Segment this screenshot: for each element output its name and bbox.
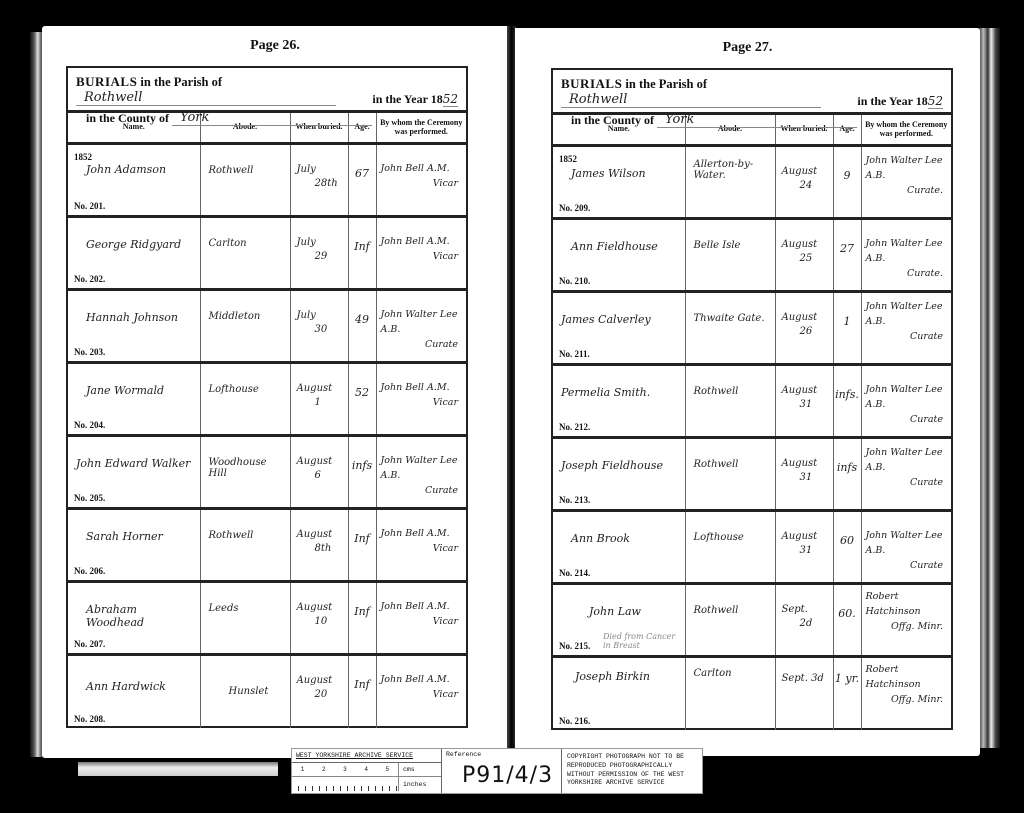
archive-reference-label: WEST YORKSHIRE ARCHIVE SERVICE 1 2 3 4 5…	[291, 748, 703, 794]
burial-entries-table: Name. Abode. When buried. Age. By whom t…	[68, 110, 466, 728]
age: Inf	[349, 583, 376, 618]
parish-value: Rothwell	[84, 90, 142, 105]
year-note: 1852	[559, 154, 577, 164]
entry-number: No. 212.	[559, 422, 590, 432]
burial-date: August8th	[291, 510, 348, 556]
abode: Thwaite Gate.	[686, 293, 775, 324]
entry-number: No. 201.	[74, 201, 105, 211]
parish-label: in the Parish of	[140, 75, 222, 89]
reference-value: P91/4/3	[462, 763, 553, 788]
abode: Rothwell	[686, 439, 775, 470]
abode: Middleton	[201, 291, 290, 322]
abode: Hunslet	[201, 656, 290, 697]
parish-value: Rothwell	[569, 92, 627, 107]
cm-tick: 5	[386, 766, 390, 773]
entry-number: No. 204.	[74, 420, 105, 430]
book-binding-right	[978, 28, 1000, 748]
table-row: Ann BrookNo. 214. Lofthouse August31 60 …	[553, 511, 951, 584]
abode: Rothwell	[201, 145, 290, 176]
abode: Lofthouse	[686, 512, 775, 543]
burial-date: August24	[776, 147, 833, 193]
margin-annotation: Died from Cancer in Breast	[603, 632, 685, 650]
deceased-name: Joseph Fieldhouse	[559, 459, 679, 472]
burial-date: Sept.2d	[776, 585, 833, 631]
table-row: Hannah JohnsonNo. 203. Middleton July30 …	[68, 290, 466, 363]
abode: Rothwell	[201, 510, 290, 541]
burial-register: BURIALS in the Parish of Rothwell in the…	[551, 68, 953, 730]
burial-date: July28th	[291, 145, 348, 191]
register-header: BURIALS in the Parish of Rothwell in the…	[553, 70, 951, 112]
age: infs	[834, 439, 861, 474]
deceased-name: Permelia Smith.	[559, 386, 679, 399]
age: 52	[349, 364, 376, 399]
deceased-name: John Adamson	[74, 163, 194, 176]
table-row: Sarah HornerNo. 206. Rothwell August8th …	[68, 509, 466, 582]
age: 1	[834, 293, 861, 328]
age: infs.	[834, 366, 861, 401]
age: Inf	[349, 510, 376, 545]
cm-tick: 1	[301, 766, 305, 773]
entry-number: No. 216.	[559, 716, 590, 726]
entry-number: No. 214.	[559, 568, 590, 578]
officiant: John Walter Lee A.B.Curate	[862, 293, 952, 345]
age: 27	[834, 220, 861, 255]
deceased-name: Sarah Horner	[74, 530, 194, 543]
entry-number: No. 206.	[74, 566, 105, 576]
county-value: York	[665, 112, 694, 127]
reference-box: Reference P91/4/3	[442, 749, 562, 793]
burial-date: August26	[776, 293, 833, 339]
entry-number: No. 215.	[559, 641, 590, 651]
deceased-name: Hannah Johnson	[74, 311, 194, 324]
officiant: John Bell A.M.Vicar	[377, 145, 467, 191]
burial-date: August6	[291, 437, 348, 483]
abode: Lofthouse	[201, 364, 290, 395]
page-number: Page 27.	[515, 40, 980, 56]
county-value: York	[180, 110, 209, 125]
table-row: John LawNo. 215.Died from Cancer in Brea…	[553, 584, 951, 657]
abode: Rothwell	[686, 585, 775, 616]
year-value: 52	[443, 92, 458, 107]
entry-number: No. 205.	[74, 493, 105, 503]
page-27: Page 27. BURIALS in the Parish of Rothwe…	[515, 28, 980, 756]
deceased-name: Ann Brook	[559, 532, 679, 545]
inch-scale: inches	[292, 777, 441, 791]
archive-organization: WEST YORKSHIRE ARCHIVE SERVICE	[292, 749, 441, 763]
age: Inf	[349, 218, 376, 253]
burial-date: July29	[291, 218, 348, 264]
age: 67	[349, 145, 376, 180]
deceased-name: John Edward Walker	[74, 457, 194, 470]
measurement-scale: WEST YORKSHIRE ARCHIVE SERVICE 1 2 3 4 5…	[292, 749, 442, 793]
entry-number: No. 211.	[559, 349, 590, 359]
abode: Belle Isle	[686, 220, 775, 251]
entry-number: No. 210.	[559, 276, 590, 286]
entry-number: No. 213.	[559, 495, 590, 505]
table-row: James CalverleyNo. 211. Thwaite Gate. Au…	[553, 292, 951, 365]
page-26: Page 26. BURIALS in the Parish of Rothwe…	[42, 26, 508, 758]
county-label: in the County of	[571, 113, 654, 127]
burial-date: August1	[291, 364, 348, 410]
entry-number: No. 208.	[74, 714, 105, 724]
cm-tick: 3	[343, 766, 347, 773]
table-row: 1852James WilsonNo. 209. Allerton-by-Wat…	[553, 146, 951, 219]
officiant: John Bell A.M.Vicar	[377, 364, 467, 410]
officiant: John Walter Lee A.B.Curate.	[862, 147, 952, 199]
table-row: Joseph BirkinNo. 216. Carlton Sept. 3d 1…	[553, 657, 951, 730]
officiant: Robert HatchinsonOffg. Minr.	[862, 585, 952, 635]
cm-tick: 4	[364, 766, 368, 773]
entry-number: No. 209.	[559, 203, 590, 213]
age: 9	[834, 147, 861, 182]
inch-unit: inches	[399, 777, 441, 791]
deceased-name: Ann Hardwick	[74, 680, 194, 693]
age: 1 yr.	[834, 658, 861, 685]
deceased-name: James Wilson	[559, 167, 679, 180]
entry-number: No. 202.	[74, 274, 105, 284]
deceased-name: John Law	[559, 605, 679, 618]
abode: Carlton	[686, 658, 775, 679]
burial-date: August31	[776, 512, 833, 558]
year-label: in the Year 18	[857, 94, 927, 108]
burial-date: August31	[776, 439, 833, 485]
entry-number: No. 203.	[74, 347, 105, 357]
table-row: George RidgyardNo. 202. Carlton July29 I…	[68, 217, 466, 290]
officiant: John Bell A.M.Vicar	[377, 218, 467, 264]
deceased-name: Abraham Woodhead	[74, 603, 194, 629]
table-row: Abraham WoodheadNo. 207. Leeds August10 …	[68, 582, 466, 655]
officiant: John Walter Lee A.B.Curate.	[862, 220, 952, 282]
abode: Carlton	[201, 218, 290, 249]
burials-label: BURIALS	[76, 74, 137, 89]
burial-date: July30	[291, 291, 348, 337]
page-tab-strip	[78, 762, 278, 776]
officiant: John Walter Lee A.B.Curate	[862, 366, 952, 428]
age: Inf	[349, 656, 376, 691]
copyright-notice: COPYRIGHT PHOTOGRAPH NOT TO BE REPRODUCE…	[562, 749, 702, 793]
burial-date: August20	[291, 656, 348, 702]
year-value: 52	[928, 94, 943, 109]
register-header: BURIALS in the Parish of Rothwell in the…	[68, 68, 466, 110]
officiant: John Walter Lee A.B.Curate	[377, 291, 467, 353]
burial-entries-table: Name. Abode. When buried. Age. By whom t…	[553, 112, 951, 730]
table-row: John Edward WalkerNo. 205. Woodhouse Hil…	[68, 436, 466, 509]
parish-label: in the Parish of	[625, 77, 707, 91]
burial-date: August10	[291, 583, 348, 629]
officiant: John Walter Lee A.B.Curate	[862, 512, 952, 574]
burial-register: BURIALS in the Parish of Rothwell in the…	[66, 66, 468, 728]
officiant: John Walter Lee A.B.Curate	[377, 437, 467, 499]
page-number: Page 26.	[42, 38, 508, 54]
abode: Rothwell	[686, 366, 775, 397]
deceased-name: Ann Fieldhouse	[559, 240, 679, 253]
officiant: John Bell A.M.Vicar	[377, 510, 467, 556]
burial-date: Sept. 3d	[776, 658, 833, 686]
cm-unit: cms	[399, 763, 441, 776]
officiant: John Bell A.M.Vicar	[377, 583, 467, 629]
inch-ticks	[292, 777, 399, 791]
table-row: Permelia Smith.No. 212. Rothwell August3…	[553, 365, 951, 438]
abode: Woodhouse Hill	[201, 437, 290, 479]
age: 49	[349, 291, 376, 326]
burials-label: BURIALS	[561, 76, 622, 91]
burial-date: August25	[776, 220, 833, 266]
officiant: John Bell A.M.Vicar	[377, 656, 467, 702]
table-row: Joseph FieldhouseNo. 213. Rothwell Augus…	[553, 438, 951, 511]
year-note: 1852	[74, 152, 92, 162]
abode: Leeds	[201, 583, 290, 614]
table-row: Jane WormaldNo. 204. Lofthouse August1 5…	[68, 363, 466, 436]
officiant: John Walter Lee A.B.Curate	[862, 439, 952, 491]
burial-date: August31	[776, 366, 833, 412]
table-row: Ann FieldhouseNo. 210. Belle Isle August…	[553, 219, 951, 292]
age: 60	[834, 512, 861, 547]
deceased-name: Jane Wormald	[74, 384, 194, 397]
deceased-name: James Calverley	[559, 313, 679, 326]
cm-scale: 1 2 3 4 5 cms	[292, 763, 441, 777]
table-row: Ann HardwickNo. 208. Hunslet August20 In…	[68, 655, 466, 728]
age: 60.	[834, 585, 861, 620]
reference-label: Reference	[446, 751, 481, 758]
county-label: in the County of	[86, 111, 169, 125]
cm-tick: 2	[322, 766, 326, 773]
deceased-name: Joseph Birkin	[559, 670, 679, 683]
table-row: 1852John AdamsonNo. 201. Rothwell July28…	[68, 144, 466, 217]
age: infs	[349, 437, 376, 472]
officiant: Robert HatchinsonOffg. Minr.	[862, 658, 952, 708]
deceased-name: George Ridgyard	[74, 238, 194, 251]
year-label: in the Year 18	[372, 92, 442, 106]
entry-number: No. 207.	[74, 639, 105, 649]
abode: Allerton-by-Water.	[686, 147, 775, 181]
